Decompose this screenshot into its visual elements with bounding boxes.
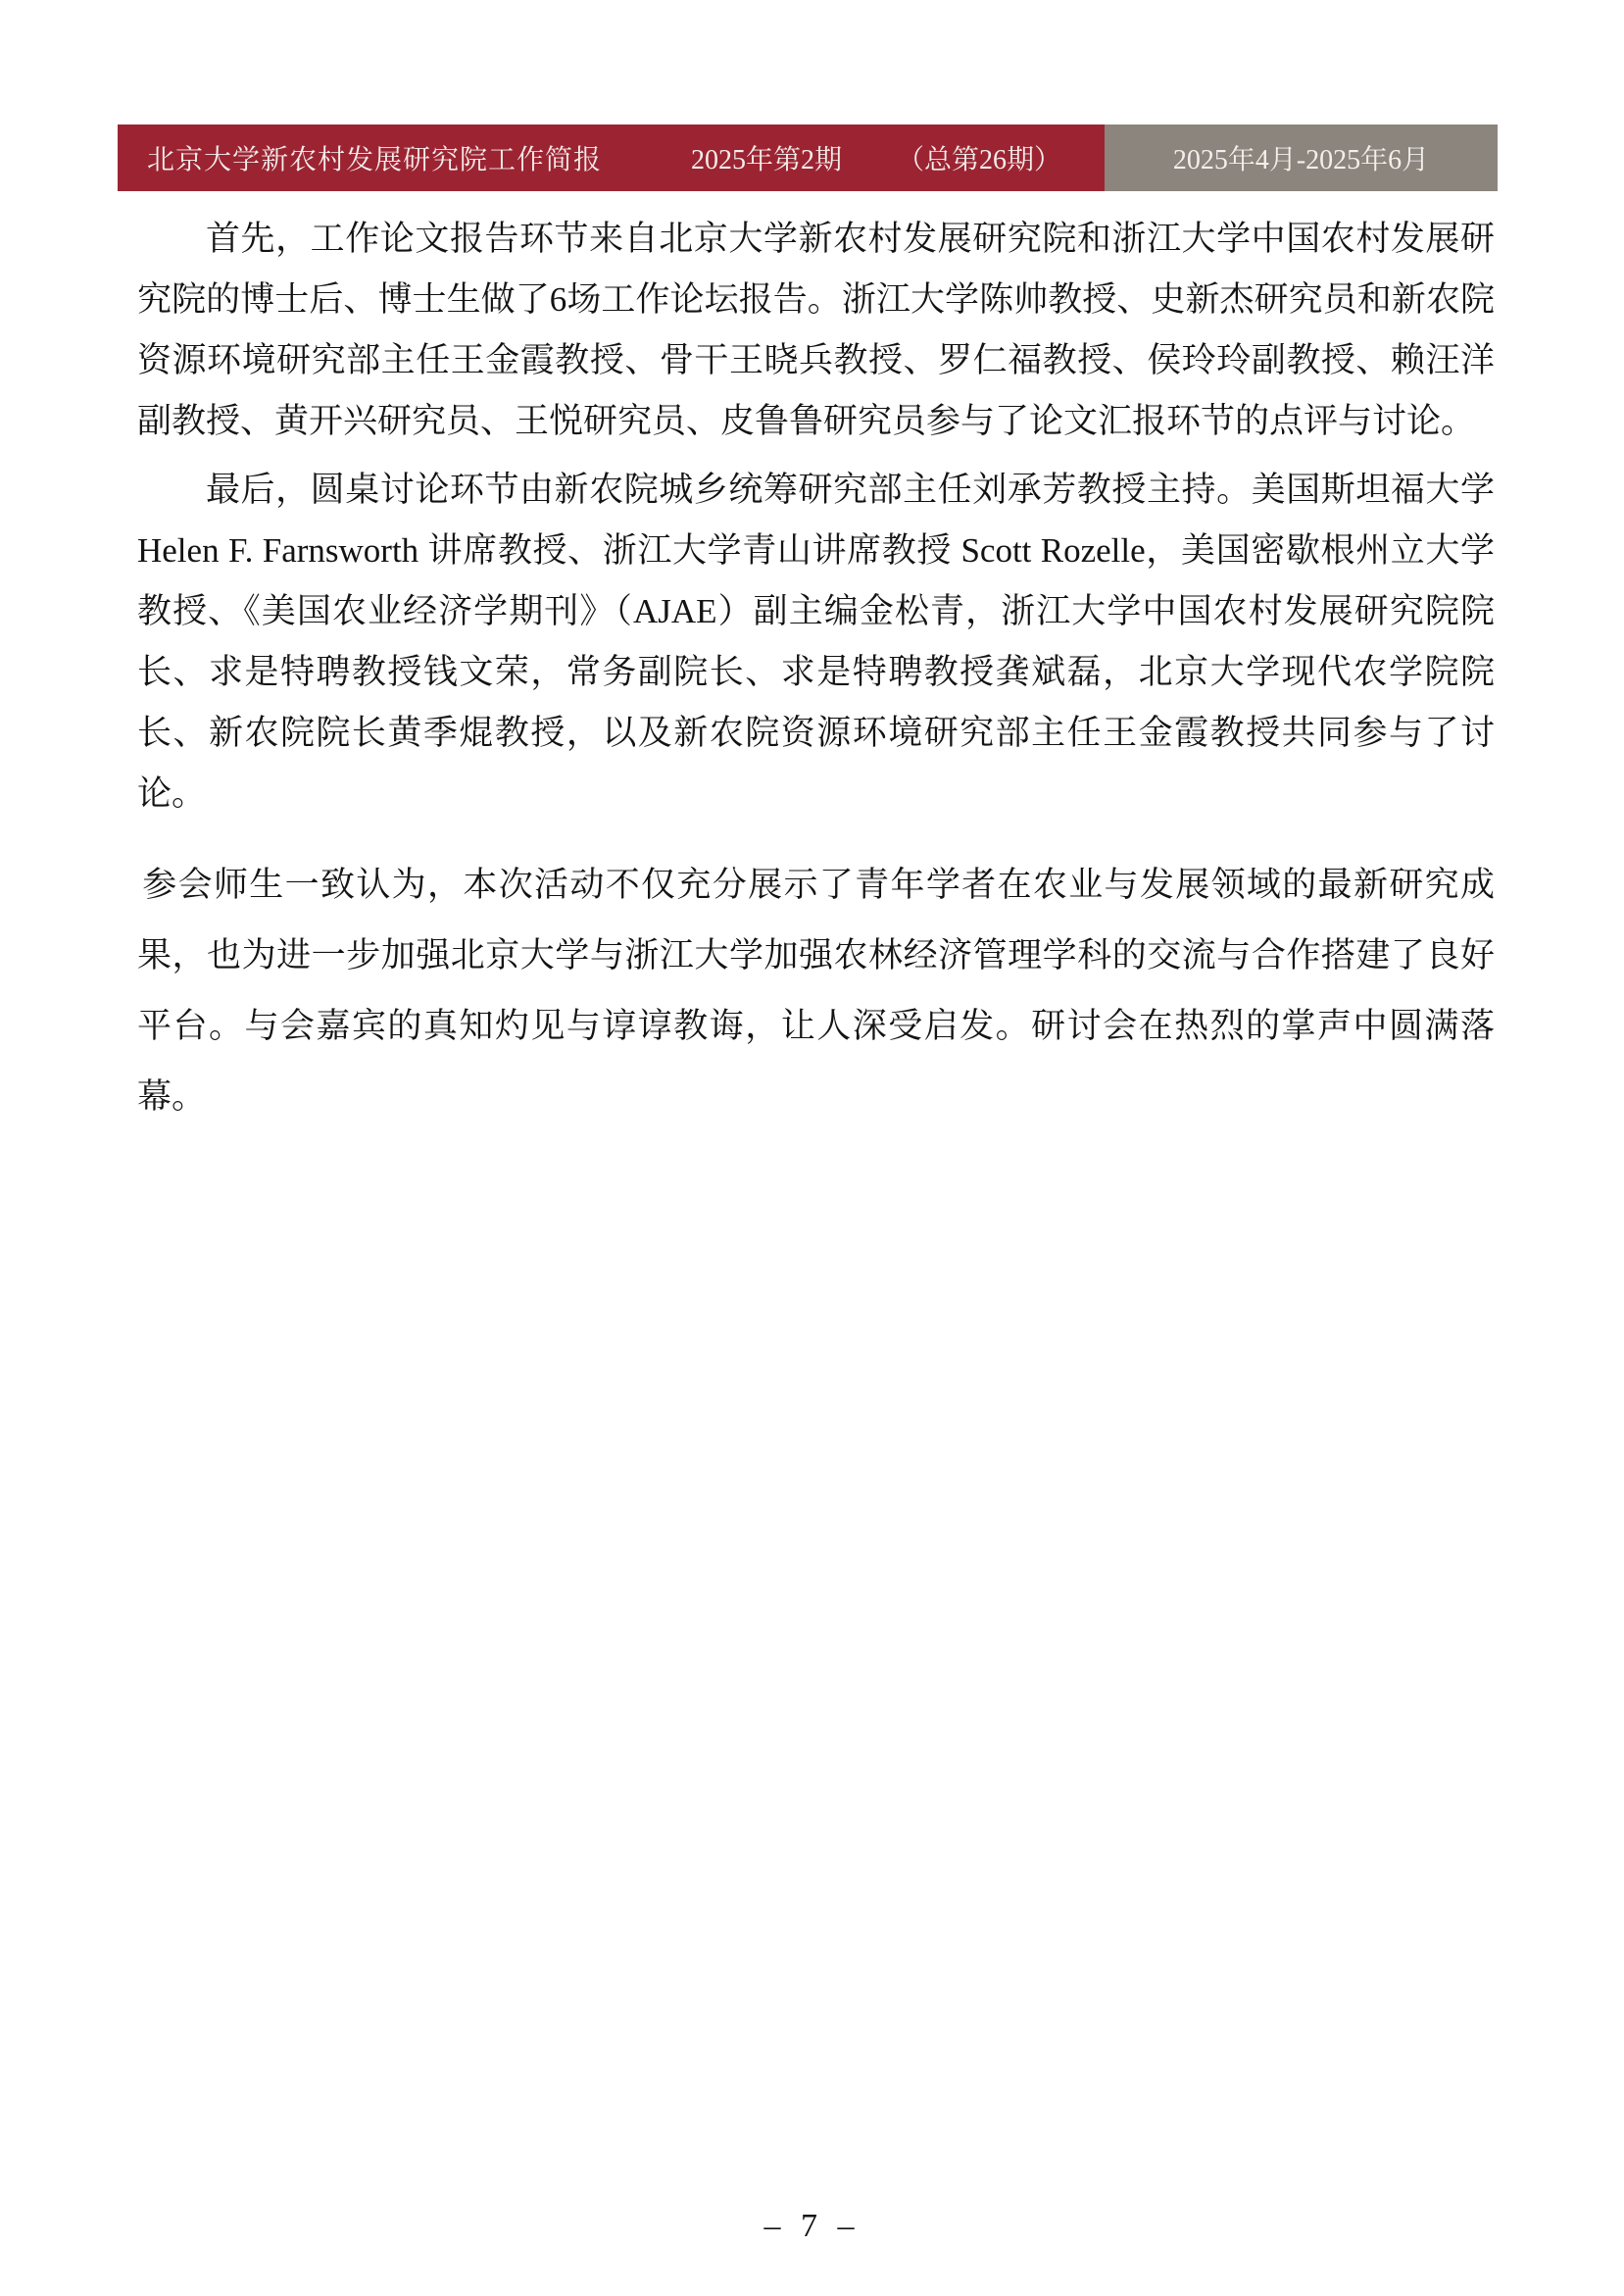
paragraph-working-papers: 首先，工作论文报告环节来自北京大学新农村发展研究院和浙江大学中国农村发展研究院的… [137,209,1495,452]
paragraph-roundtable: 最后，圆桌讨论环节由新农院城乡统筹研究部主任刘承芳教授主持。美国斯坦福大学 He… [137,460,1495,824]
page-header: 北京大学新农村发展研究院工作简报 2025年第2期 （总第26期） 2025年4… [118,125,1498,191]
paragraph-conclusion: 参会师生一致认为，本次活动不仅充分展示了青年学者在农业与发展领域的最新研究成果，… [137,850,1495,1132]
header-issue-number: 2025年第2期 [691,138,842,177]
page-number: – 7 – [764,2208,861,2244]
page-footer: – 7 – [0,2208,1624,2245]
header-title: 北京大学新农村发展研究院工作简报 [147,138,602,177]
header-red-band: 北京大学新农村发展研究院工作简报 2025年第2期 （总第26期） [118,125,1105,191]
document-body: 首先，工作论文报告环节来自北京大学新农村发展研究院和浙江大学中国农村发展研究院的… [137,209,1495,1132]
header-date-band: 2025年4月-2025年6月 [1105,125,1498,191]
header-issue-block: 2025年第2期 （总第26期） [691,138,1061,177]
document-page: 北京大学新农村发展研究院工作简报 2025年第2期 （总第26期） 2025年4… [0,0,1624,2296]
header-date-range: 2025年4月-2025年6月 [1173,138,1429,177]
header-issue-total: （总第26期） [897,138,1061,177]
